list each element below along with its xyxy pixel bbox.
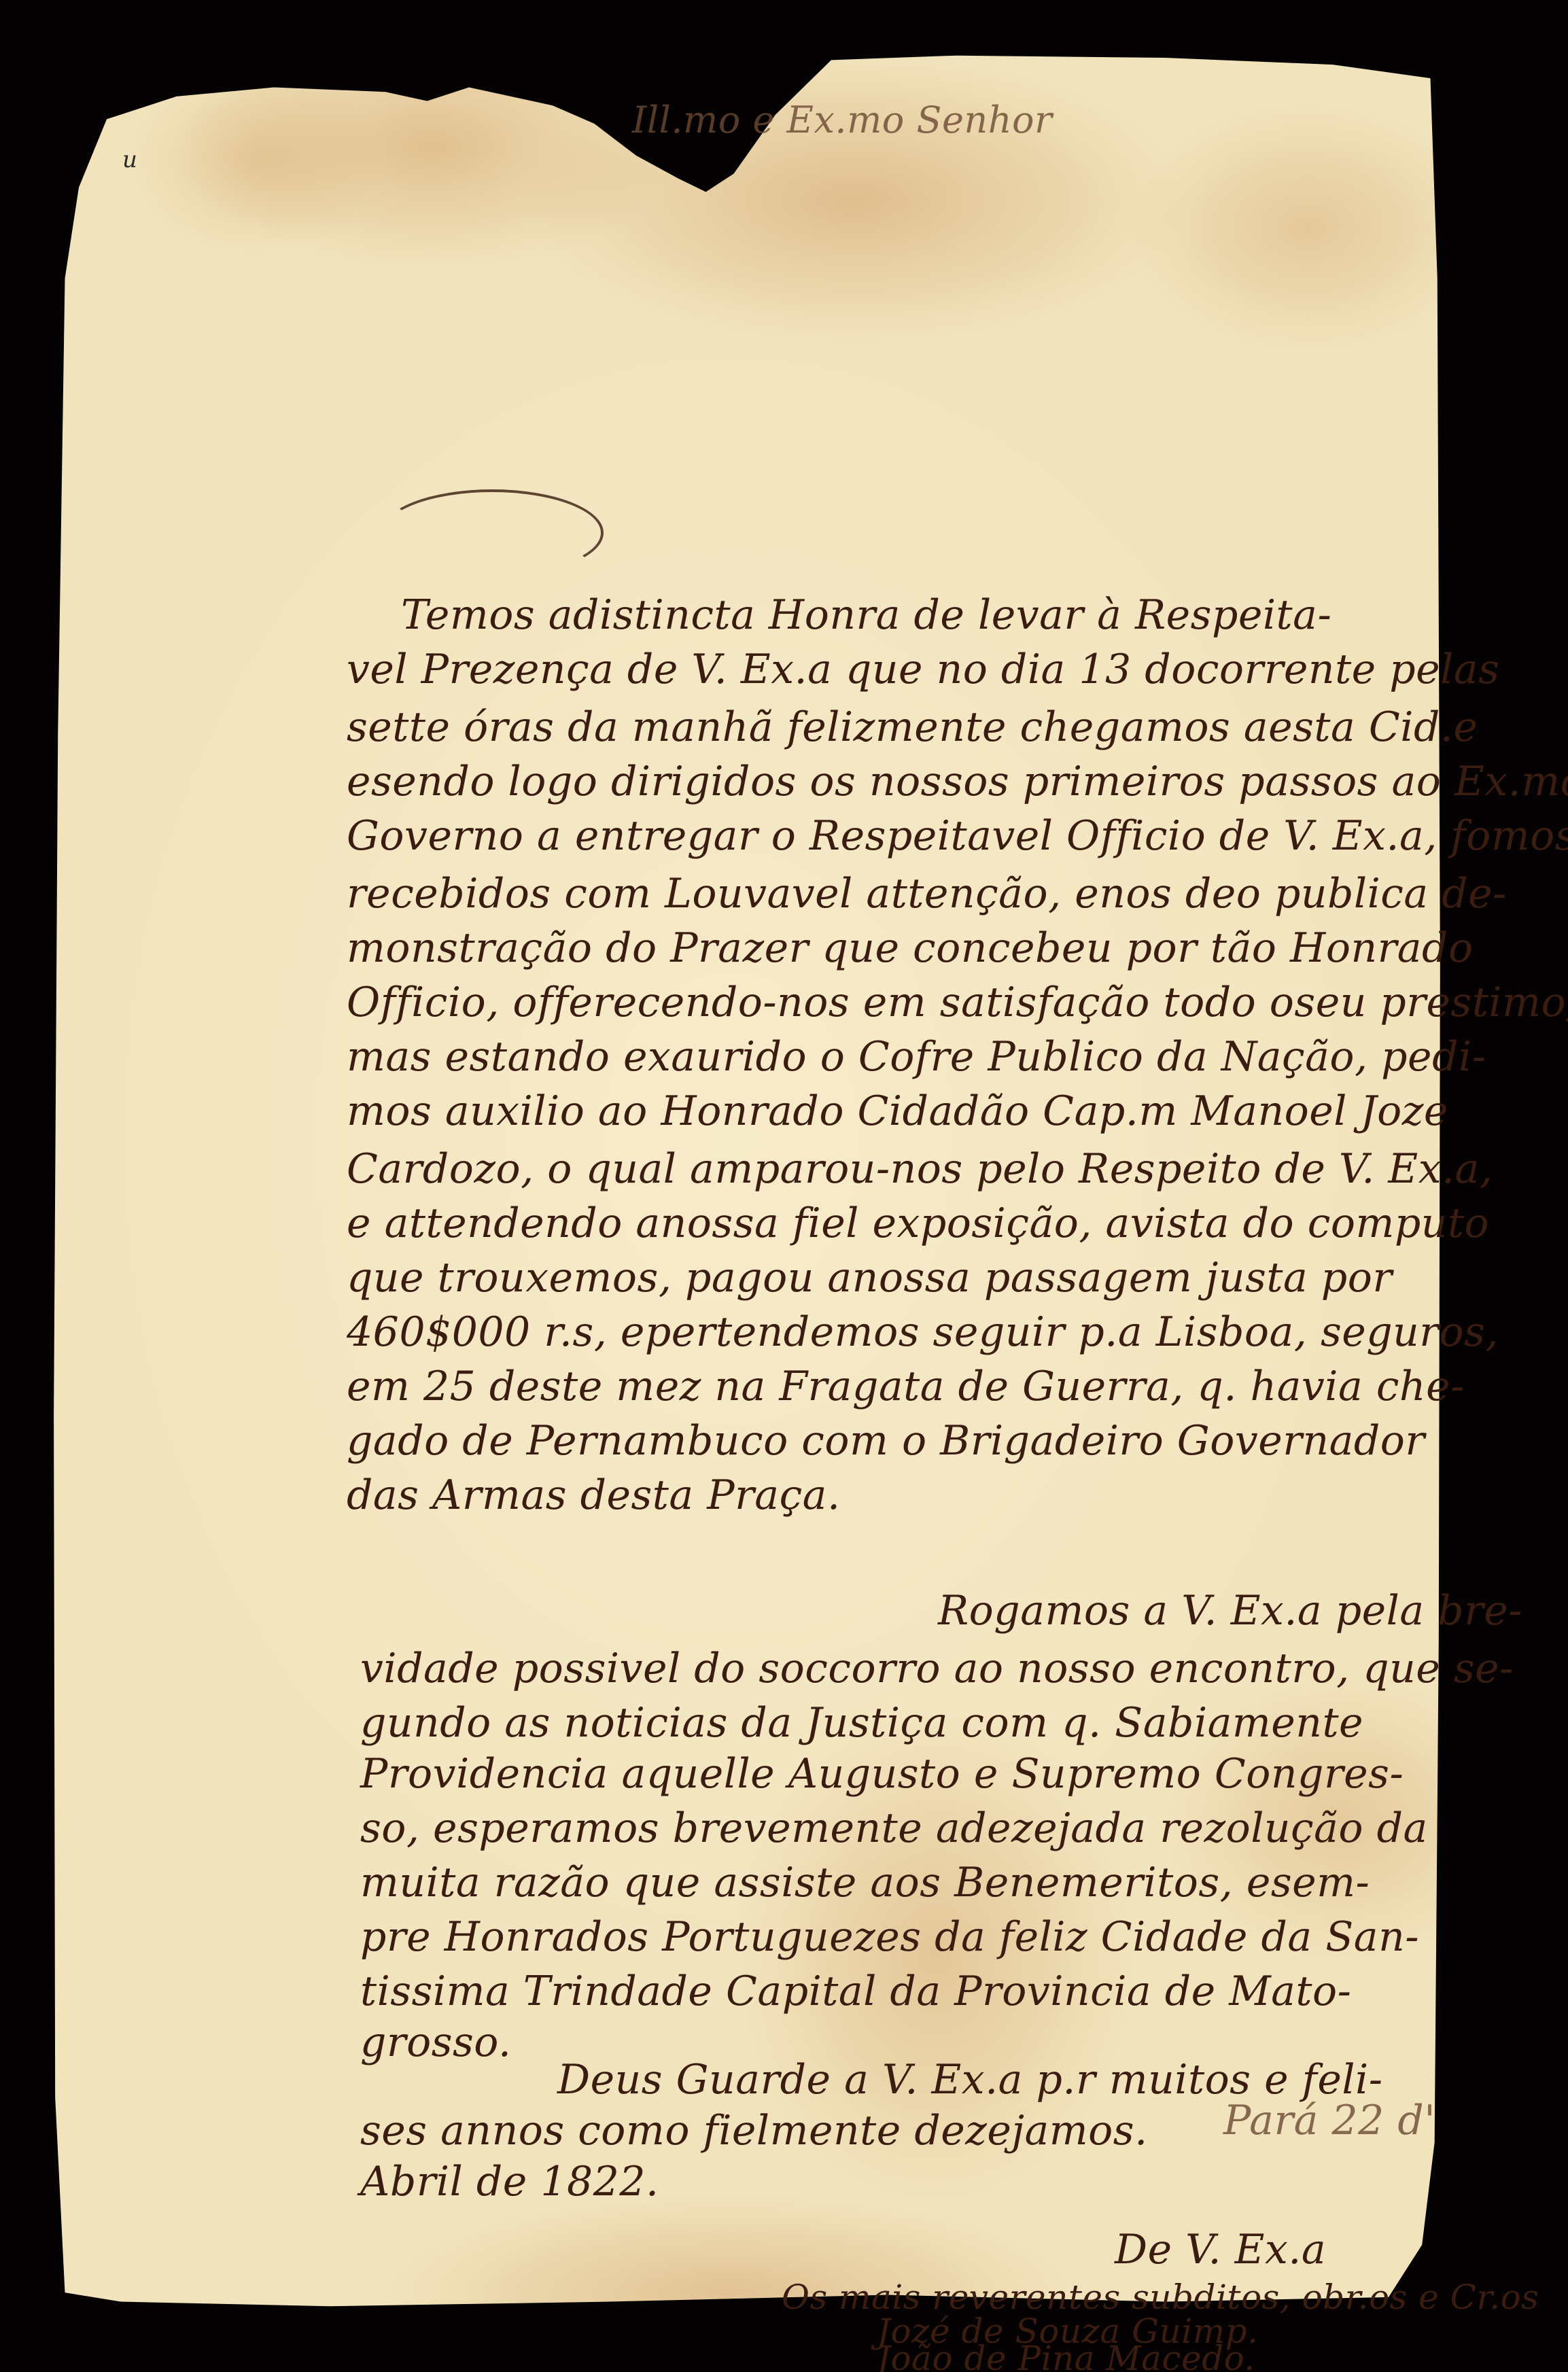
body-line: mos auxilio ao Honrado Cidadão Cap.m Man… (347, 1091, 1448, 1132)
body-line: sette óras da manhã felizmente chegamos … (347, 707, 1478, 748)
body-line: monstração do Prazer que concebeu por tã… (347, 928, 1474, 969)
body-line: das Armas desta Praça. (347, 1475, 841, 1516)
body-line: so, esperamos brevemente adezejada rezol… (360, 1808, 1428, 1849)
place-date: Pará 22 d' (1223, 2100, 1435, 2141)
body-line: pre Honrados Portuguezes da feliz Cidade… (360, 1917, 1419, 1957)
body-line: Temos adistincta Honra de levar à Respei… (401, 595, 1331, 635)
body-line: em 25 deste mez na Fragata de Guerra, q.… (347, 1366, 1465, 1407)
body-line: e attendendo anossa fiel exposição, avis… (347, 1203, 1489, 1244)
body-line: gundo as noticias da Justiça com q. Sabi… (360, 1703, 1363, 1743)
body-line: Cardozo, o qual amparou-nos pelo Respeit… (347, 1149, 1493, 1189)
body-line: mas estando exaurido o Cofre Publico da … (347, 1036, 1486, 1077)
body-line: esendo logo dirigidos os nossos primeiro… (347, 761, 1568, 802)
body-line: que trouxemos, pagou anossa passagem jus… (347, 1257, 1393, 1298)
closing-line: Deus Guarde a V. Ex.a p.r muitos e feli- (557, 2059, 1383, 2100)
signature: João de Pina Macedo. (877, 2341, 1255, 2372)
body-line: muita razão que assiste aos Benemeritos,… (360, 1862, 1370, 1903)
courtesy-formula: De V. Ex.a (1115, 2229, 1326, 2270)
salutation: Ill.mo e Ex.mo Senhor (632, 102, 1052, 139)
flourish-ornament (381, 489, 604, 576)
body-line: Providencia aquelle Augusto e Supremo Co… (360, 1754, 1404, 1794)
body-line: tissima Trindade Capital da Provincia de… (360, 1971, 1351, 2012)
closing-line: ses annos como fielmente dezejamos. (360, 2110, 1148, 2151)
body-line: Rogamos a V. Ex.a pela bre- (938, 1590, 1522, 1631)
subscription-line: Os mais reverentes subditos, obr.os e Cr… (782, 2280, 1539, 2314)
body-line: recebidos com Louvavel attenção, enos de… (347, 873, 1507, 914)
body-line: 460$000 r.s, epertendemos seguir p.a Lis… (347, 1312, 1499, 1353)
margin-mark: u (122, 148, 137, 171)
body-line: grosso. (360, 2022, 511, 2063)
body-line: Officio, offerecendo-nos em satisfação t… (347, 982, 1568, 1023)
body-line: Governo a entregar o Respeitavel Officio… (347, 816, 1568, 856)
body-line: vel Prezença de V. Ex.a que no dia 13 do… (347, 649, 1499, 690)
body-line: gado de Pernambuco com o Brigadeiro Gove… (347, 1420, 1425, 1461)
closing-date-line: Abril de 1822. (360, 2161, 659, 2202)
body-line: vidade possivel do soccorro ao nosso enc… (360, 1648, 1514, 1689)
